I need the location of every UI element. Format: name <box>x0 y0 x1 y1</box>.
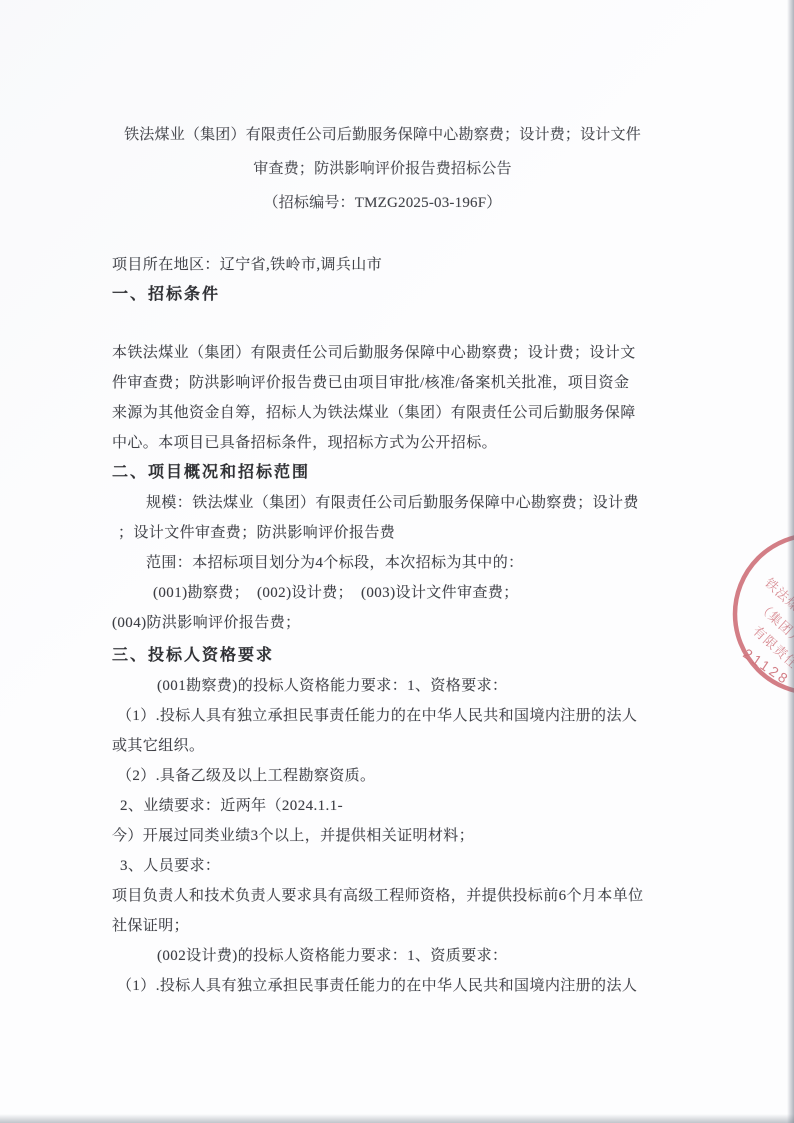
document-line: 来源为其他资金自筹，招标人为铁法煤业（集团）有限责任公司后勤服务保障 <box>112 398 653 428</box>
document-content: 铁法煤业（集团）有限责任公司后勤服务保障中心勘察费；设计费；设计文件审查费；防洪… <box>112 118 653 1001</box>
seal-digits: 21128 <box>740 645 793 688</box>
seal-ring <box>735 535 794 693</box>
document-line: 件审查费；防洪影响评价报告费已由项目审批/核准/备案机关批准，项目资金 <box>112 368 653 398</box>
section-heading-3: 三、投标人资格要求 <box>112 641 653 671</box>
scan-edge-shadow-right <box>787 0 794 1123</box>
section-heading-2: 二、项目概况和招标范围 <box>112 458 653 488</box>
document-line: (001勘察费)的投标人资格能力要求：1、资格要求： <box>112 671 653 701</box>
document-line: 项目负责人和技术负责人要求具有高级工程师资格，并提供投标前6个月本单位 <box>112 881 653 911</box>
document-line: (004)防洪影响评价报告费； <box>112 608 653 638</box>
company-seal-stamp: 铁法煤业 （集团） 有限责任 21128 <box>724 526 794 704</box>
document-page: 铁法煤业（集团）有限责任公司后勤服务保障中心勘察费；设计费；设计文件审查费；防洪… <box>0 0 794 1123</box>
document-line: 3、人员要求： <box>112 851 653 881</box>
scan-edge-shadow-bottom <box>0 1114 794 1123</box>
document-line: 规模：铁法煤业（集团）有限责任公司后勤服务保障中心勘察费；设计费 <box>112 488 653 518</box>
document-line: 范围：本招标项目划分为4个标段，本次招标为其中的： <box>112 548 653 578</box>
document-line: (001)勘察费； (002)设计费； (003)设计文件审查费； <box>112 578 653 608</box>
section-heading-1: 一、招标条件 <box>112 280 653 310</box>
document-line: （1）.投标人具有独立承担民事责任能力的在中华人民共和国境内注册的法人 <box>112 971 653 1001</box>
project-location-line: 项目所在地区：辽宁省,铁岭市,调兵山市 <box>112 250 653 280</box>
document-line: （2）.具备乙级及以上工程勘察资质。 <box>112 761 653 791</box>
document-line: 今）开展过同类业绩3个以上，并提供相关证明材料； <box>112 821 653 851</box>
scanned-document-screenshot: { "page": { "background_color": "#fdfdfe… <box>0 0 794 1123</box>
document-line: 本铁法煤业（集团）有限责任公司后勤服务保障中心勘察费；设计费；设计文 <box>112 338 653 368</box>
document-line: 社保证明； <box>112 911 653 941</box>
doc-title-line-1: 铁法煤业（集团）有限责任公司后勤服务保障中心勘察费；设计费；设计文件 <box>112 118 653 152</box>
document-line: （1）.投标人具有独立承担民事责任能力的在中华人民共和国境内注册的法人 <box>112 701 653 731</box>
document-line: 2、业绩要求：近两年（2024.1.1- <box>112 791 653 821</box>
document-line: ；设计文件审查费；防洪影响评价报告费 <box>112 518 653 548</box>
document-line: 或其它组织。 <box>112 731 653 761</box>
document-line: 中心。本项目已具备招标条件，现招标方式为公开招标。 <box>112 428 653 458</box>
document-line: (002设计费)的投标人资格能力要求：1、资质要求： <box>112 941 653 971</box>
doc-title-line-2: 审查费；防洪影响评价报告费招标公告 <box>112 152 653 186</box>
doc-tender-number-line: （招标编号：TMZG2025-03-196F） <box>112 186 653 220</box>
